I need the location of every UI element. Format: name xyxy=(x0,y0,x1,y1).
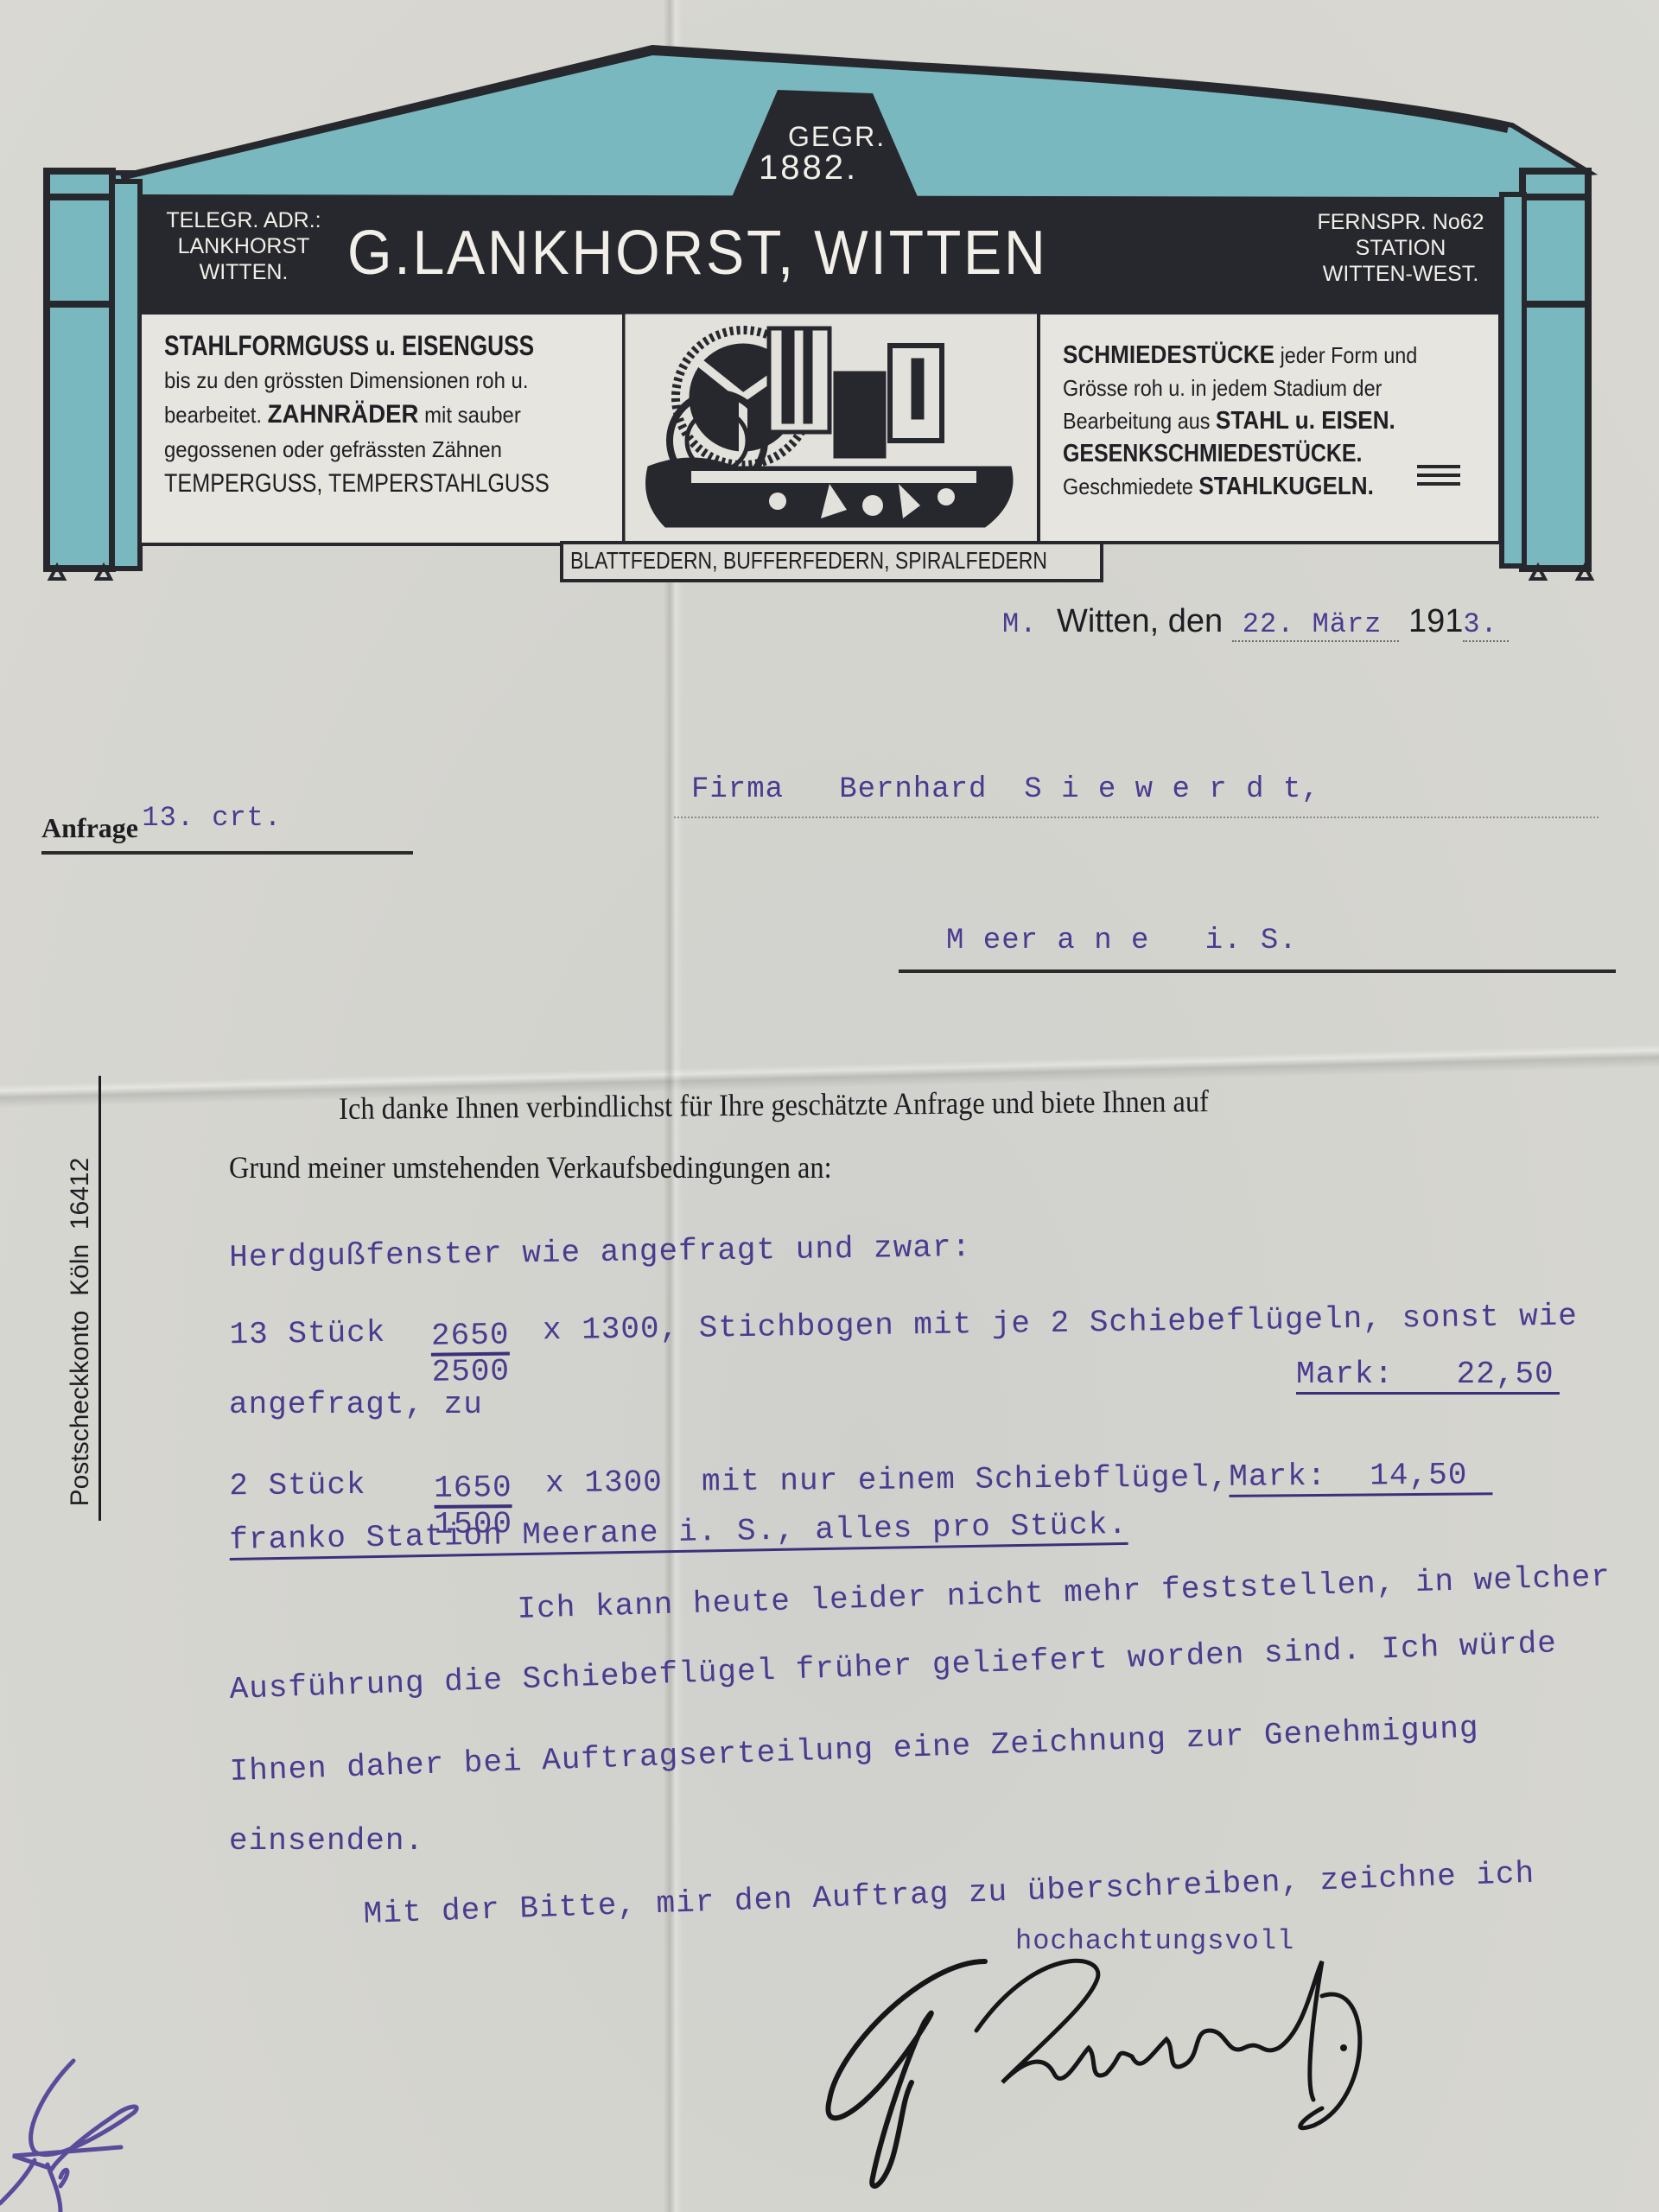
line-item-2: 2 Stück 1650 1500 x 1300 mit nur einem S… xyxy=(229,1440,1493,1520)
company-name: G.LANKHORST, WITTEN xyxy=(347,218,1048,289)
dateline-place: Witten, den xyxy=(1057,603,1223,639)
dateline-date: 22. März xyxy=(1232,608,1400,642)
dateline: M. Witten, den 22. März 1913. xyxy=(1002,603,1509,640)
signature: G. Lankhorst xyxy=(821,1927,1529,2203)
item-1-quantity: 13 Stück xyxy=(229,1315,385,1353)
check-mark-icon xyxy=(0,2056,156,2212)
item-2-quantity: 2 Stück xyxy=(229,1467,366,1503)
item-2-price: Mark:14,50 xyxy=(1229,1458,1492,1498)
reference-field: Anfrage 13. crt. xyxy=(41,812,413,855)
recipient-city: M eer a n e i. S. xyxy=(946,925,1298,957)
reference-value: 13. crt. xyxy=(142,802,282,834)
recipient-city-underline xyxy=(899,969,1616,973)
letterhead-frame xyxy=(0,0,1659,605)
intro-line-2: Grund meiner umstehenden Verkaufsbedingu… xyxy=(229,1149,832,1185)
item-2-description: x 1300 mit nur einem Schiebflügel, xyxy=(545,1459,1229,1501)
recipient-name-dotline xyxy=(674,817,1599,818)
intro-line-1: Ich danke Ihnen verbindlichst für Ihre g… xyxy=(339,1083,1209,1127)
dateline-year-printed: 191 xyxy=(1408,603,1463,639)
reference-label: Anfrage xyxy=(41,812,138,843)
telegram-address: TELEGR. ADR.: LANKHORST WITTEN. xyxy=(145,207,342,285)
founded-year: 1882. xyxy=(759,149,858,188)
right-product-panel: SCHMIEDESTÜCKE jeder Form und Grösse roh… xyxy=(1063,339,1457,503)
pencil-mark xyxy=(0,2056,156,2212)
item-1-description: x 1300, Stichbogen mit je 2 Schiebeflüge… xyxy=(543,1299,1578,1349)
springs-banner: BLATTFEDERN, BUFFERFEDERN, SPIRALFEDERN xyxy=(570,547,1047,575)
postal-account-margin: Postscheckkonto Köln 16412 xyxy=(36,1076,101,1521)
item-1-continuation: angefragt, zu xyxy=(229,1387,483,1422)
signature-icon xyxy=(821,1927,1529,2203)
phone-station-info: FERNSPR. No62 STATION WITTEN-WEST. xyxy=(1303,209,1498,287)
para2-line-4: einsenden. xyxy=(229,1823,424,1859)
item-1-dimension-fraction: 2650 2500 xyxy=(431,1319,511,1389)
dateline-year-typed: 3. xyxy=(1463,608,1508,642)
recipient-name: Firma Bernhard S i e w e r d t, xyxy=(691,773,1320,806)
dateline-prefix: M. xyxy=(1002,608,1037,640)
left-product-panel: STAHLFORMGUSS u. EISENGUSS bis zu den gr… xyxy=(164,328,623,501)
item-1-price: Mark: 22,50 xyxy=(1296,1357,1560,1395)
